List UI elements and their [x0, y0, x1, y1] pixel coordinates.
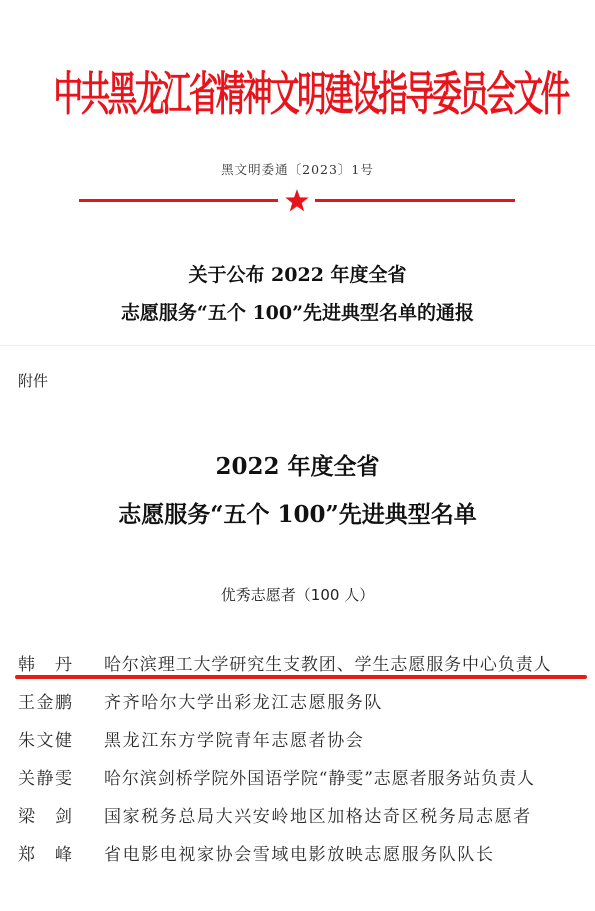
list-item: 朱文健 黑龙江东方学院青年志愿者协会 — [18, 726, 595, 764]
list-item: 关静雯 哈尔滨剑桥学院外国语学院“静雯”志愿者服务站负责人 — [18, 764, 595, 802]
volunteer-name: 郑峰 — [18, 840, 104, 865]
list-item: 王金鹏 齐齐哈尔大学出彩龙江志愿服务队 — [18, 688, 595, 726]
list-title-line2: 志愿服务“五个 100”先进典型名单 — [0, 496, 595, 529]
volunteer-organization: 齐齐哈尔大学出彩龙江志愿服务队 — [104, 688, 383, 713]
star-icon — [284, 188, 310, 214]
attachment-page: 附件 2022 年度全省 志愿服务“五个 100”先进典型名单 优秀志愿者（10… — [0, 346, 595, 911]
notice-title-line1: 关于公布 2022 年度全省 — [0, 260, 595, 287]
volunteer-organization: 哈尔滨剑桥学院外国语学院“静雯”志愿者服务站负责人 — [104, 764, 535, 789]
volunteer-organization: 哈尔滨理工大学研究生支教团、学生志愿服务中心负责人 — [104, 650, 552, 675]
list-item: 梁剑 国家税务总局大兴安岭地区加格达奇区税务局志愿者 — [18, 802, 595, 840]
list-title-line1: 2022 年度全省 — [0, 448, 595, 481]
issuer-title: 中共黑龙江省精神文明建设指导委员会文件 — [54, 58, 542, 124]
volunteer-organization: 黑龙江东方学院青年志愿者协会 — [104, 726, 364, 751]
document-number: 黑文明委通〔2023〕1号 — [0, 160, 595, 178]
volunteer-name: 韩丹 — [18, 650, 104, 675]
attachment-label: 附件 — [18, 370, 48, 391]
volunteer-name: 梁剑 — [18, 802, 104, 827]
list-item: 郑峰 省电影电视家协会雪域电影放映志愿服务队队长 — [18, 840, 595, 878]
list-item: 韩丹 哈尔滨理工大学研究生支教团、学生志愿服务中心负责人 — [18, 650, 595, 688]
separator-line-left — [79, 199, 278, 202]
category-heading: 优秀志愿者（100 人） — [0, 584, 595, 605]
volunteer-organization: 国家税务总局大兴安岭地区加格达奇区税务局志愿者 — [104, 802, 532, 827]
volunteer-name: 关静雯 — [18, 764, 104, 789]
volunteer-list: 韩丹 哈尔滨理工大学研究生支教团、学生志愿服务中心负责人 王金鹏 齐齐哈尔大学出… — [18, 650, 595, 878]
volunteer-name: 朱文健 — [18, 726, 104, 751]
red-separator — [0, 190, 595, 212]
red-highlight-underline — [15, 675, 587, 679]
header-document: 中共黑龙江省精神文明建设指导委员会文件 黑文明委通〔2023〕1号 关于公布 2… — [0, 0, 595, 346]
volunteer-name: 王金鹏 — [18, 688, 104, 713]
notice-title-line2: 志愿服务“五个 100”先进典型名单的通报 — [0, 298, 595, 325]
separator-line-right — [315, 199, 515, 202]
volunteer-organization: 省电影电视家协会雪域电影放映志愿服务队队长 — [104, 840, 495, 865]
